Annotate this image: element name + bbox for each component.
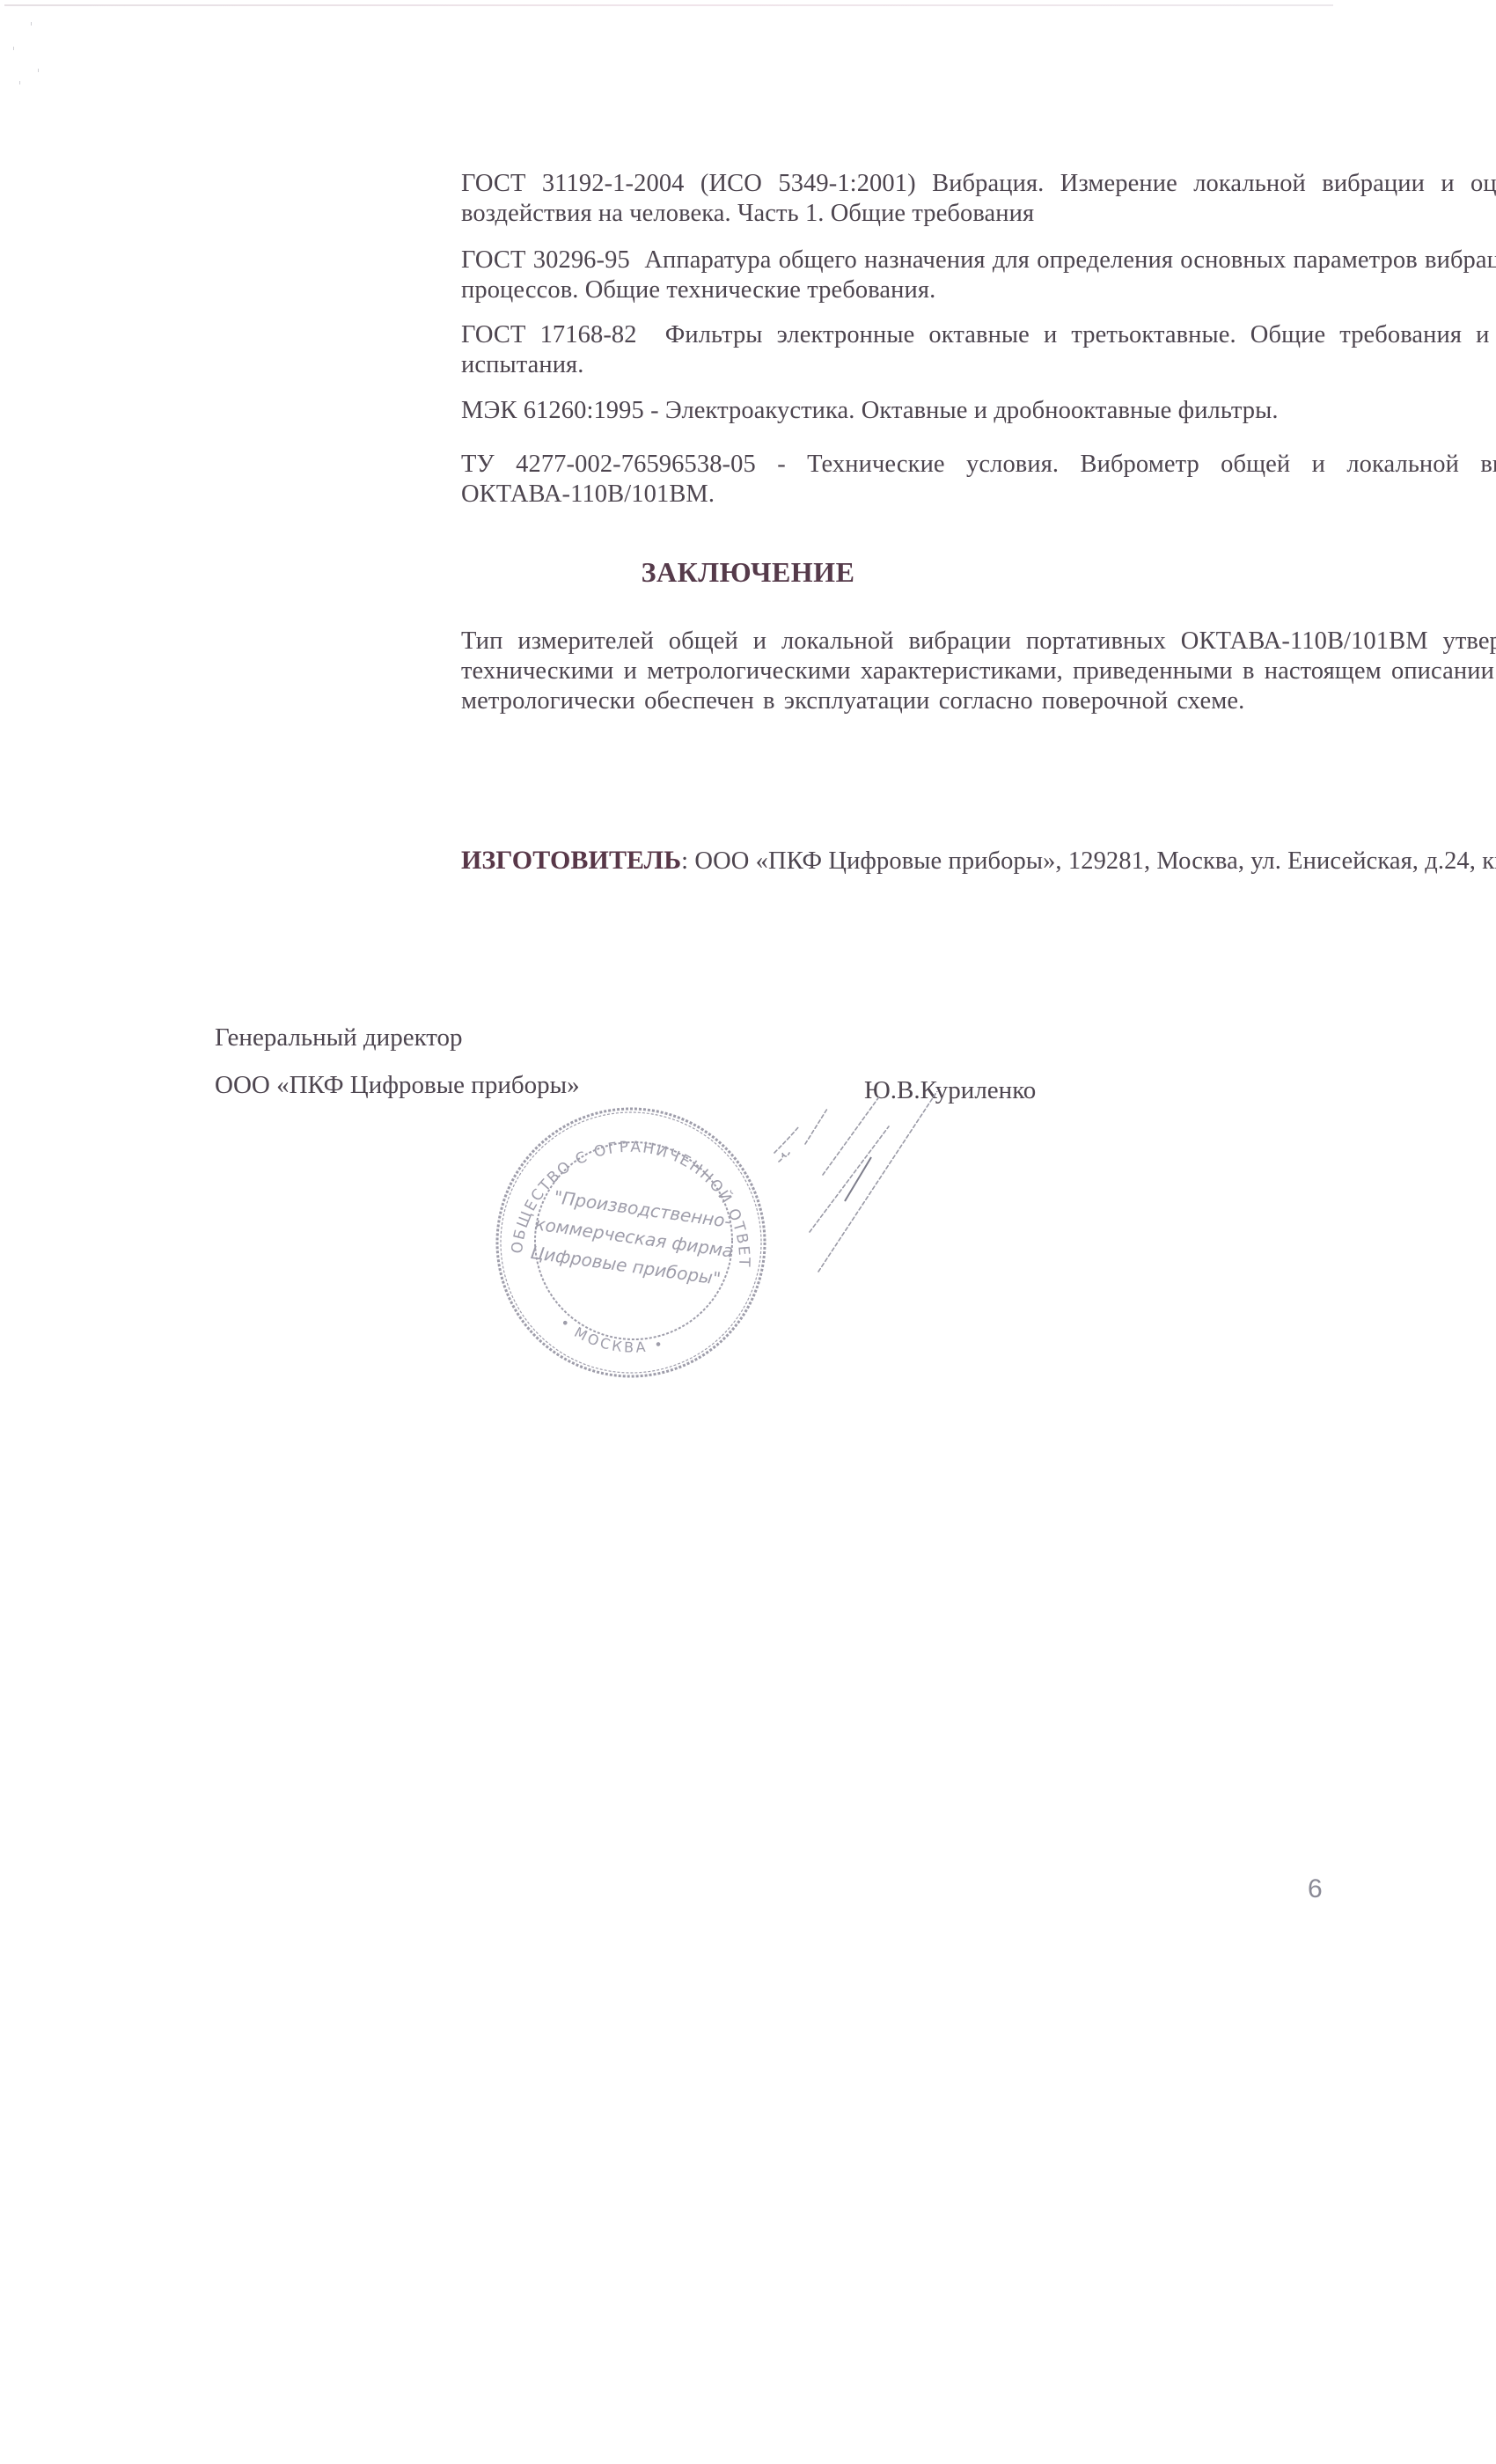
company-stamp-icon: ОБЩЕСТВО С ОГРАНИЧЕННОЙ ОТВЕТСТВЕННОСТЬЮ… <box>488 1100 779 1382</box>
reference-item: ГОСТ 17168-82 Фильтры электронные октавн… <box>461 320 1496 380</box>
svg-text:• МОСКВА •: • МОСКВА • <box>556 1314 667 1356</box>
reference-title: - Электроакустика. Октавные и дробноокта… <box>650 397 1279 424</box>
page-number: 6 <box>1308 1874 1323 1904</box>
handwritten-signature-icon <box>757 1091 986 1302</box>
reference-code: ГОСТ 31192-1-2004 (ИСО 5349-1:2001) <box>461 170 916 197</box>
reference-item: ТУ 4277-002-76596538-05 - Технические ус… <box>461 450 1496 510</box>
manufacturer-label: ИЗГОТОВИТЕЛЬ <box>461 846 681 875</box>
reference-item: МЭК 61260:1995 - Электроакустика. Октавн… <box>461 396 1496 426</box>
reference-code: ТУ 4277-002-76596538-05 <box>461 451 756 478</box>
reference-item: ГОСТ 30296-95 Аппаратура общего назначен… <box>461 246 1496 305</box>
reference-code: ГОСТ 30296-95 <box>461 246 630 274</box>
reference-item: ГОСТ 31192-1-2004 (ИСО 5349-1:2001) Вибр… <box>461 169 1496 229</box>
conclusion-heading: ЗАКЛЮЧЕНИЕ <box>0 556 1496 589</box>
reference-code: ГОСТ 17168-82 <box>461 321 637 348</box>
manufacturer-info: ИЗГОТОВИТЕЛЬ: ООО «ПКФ Цифровые приборы»… <box>461 846 1496 876</box>
manufacturer-details: : ООО «ПКФ Цифровые приборы», 129281, Мо… <box>681 847 1496 875</box>
stamp-bottom-text: • МОСКВА • <box>556 1314 667 1356</box>
signatory-position: Генеральный директор <box>215 1023 463 1052</box>
conclusion-text: Тип измерителей общей и локальной вибрац… <box>461 627 1496 716</box>
page-top-edge <box>4 4 1333 6</box>
signatory-organization: ООО «ПКФ Цифровые приборы» <box>215 1070 580 1100</box>
reference-code: МЭК 61260:1995 <box>461 397 644 424</box>
